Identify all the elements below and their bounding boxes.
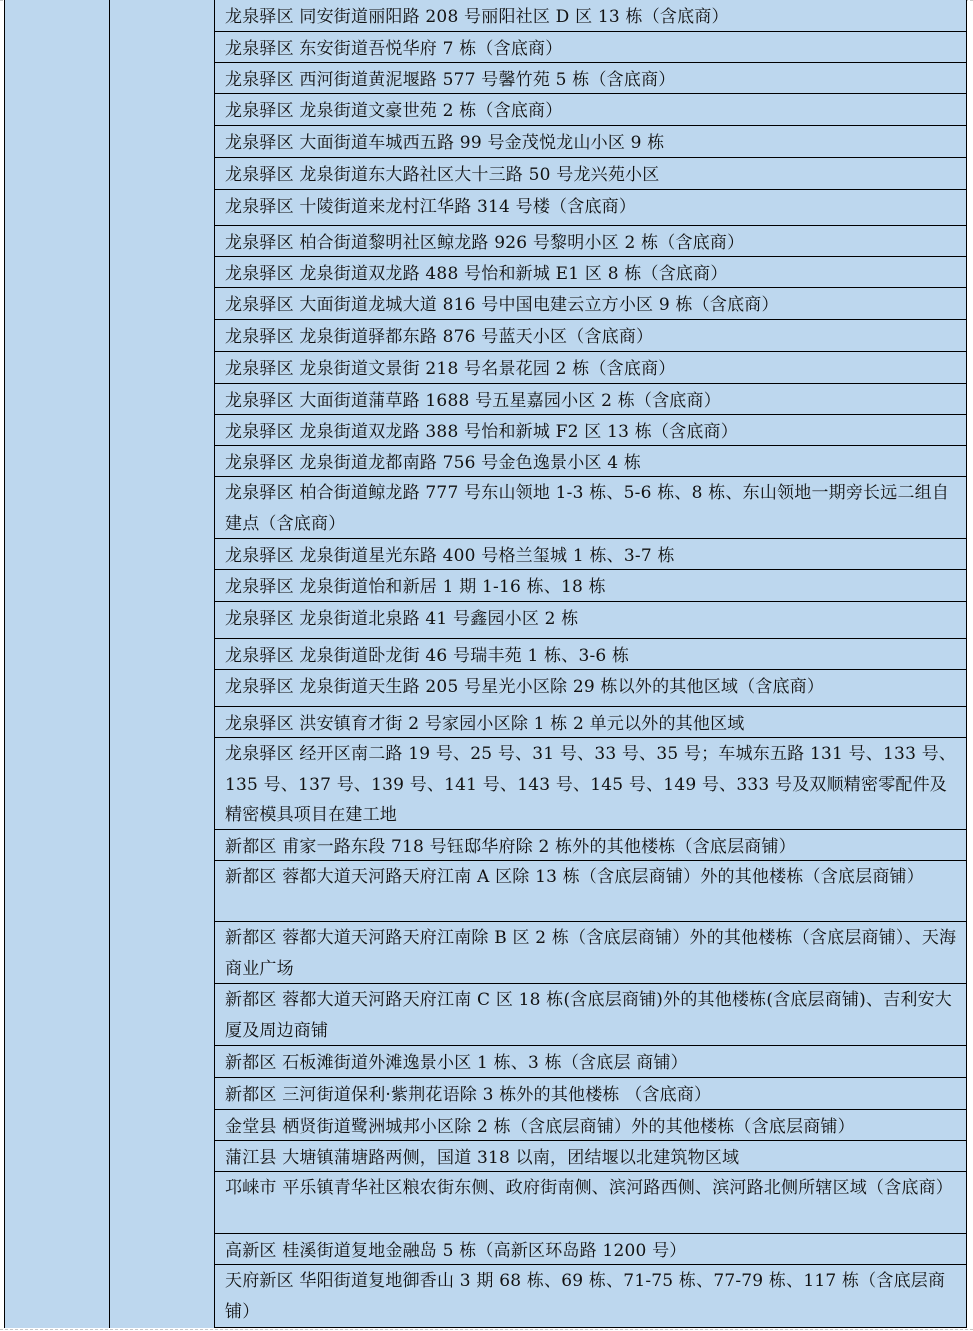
table-row: 龙泉驿区 龙泉街道双龙路 488 号怡和新城 E1 区 8 栋（含底商） xyxy=(215,257,967,288)
merged-cell-column-1 xyxy=(5,0,110,1328)
address-text: 龙泉驿区 龙泉街道龙都南路 756 号金色逸景小区 4 栋 xyxy=(225,453,641,473)
address-text: 龙泉驿区 十陵街道来龙村江华路 314 号楼（含底商） xyxy=(225,197,636,217)
merged-cell-column-2 xyxy=(110,0,215,1328)
address-text: 龙泉驿区 龙泉街道双龙路 488 号怡和新城 E1 区 8 栋（含底商） xyxy=(225,264,728,284)
address-text: 新都区 甫家一路东段 718 号钰邸华府除 2 栋外的其他楼栋（含底层商铺） xyxy=(225,837,796,857)
table-row: 龙泉驿区 柏合街道鲸龙路 777 号东山领地 1-3 栋、5-6 栋、8 栋、东… xyxy=(215,477,967,539)
table-row: 龙泉驿区 东安街道吾悦华府 7 栋（含底商） xyxy=(215,32,967,63)
table-row: 龙泉驿区 大面街道车城西五路 99 号金茂悦龙山小区 9 栋 xyxy=(215,126,967,158)
address-text: 龙泉驿区 大面街道龙城大道 816 号中国电建云立方小区 9 栋（含底商） xyxy=(225,295,779,315)
table-row: 龙泉驿区 龙泉街道文景街 218 号名景花园 2 栋（含底商） xyxy=(215,352,967,384)
address-text: 龙泉驿区 龙泉街道天生路 205 号星光小区除 29 栋以外的其他区域（含底商） xyxy=(225,677,824,697)
table-row: 龙泉驿区 十陵街道来龙村江华路 314 号楼（含底商） xyxy=(215,190,967,226)
address-text: 新都区 蓉都大道天河路天府江南除 B 区 2 栋（含底层商铺）外的其他楼栋（含底… xyxy=(225,928,956,979)
address-text: 新都区 石板滩街道外滩逸景小区 1 栋、3 栋（含底层 商铺） xyxy=(225,1053,688,1073)
address-text: 邛崃市 平乐镇青华社区粮农街东侧、政府街南侧、滨河路西侧、滨河路北侧所辖区域（含… xyxy=(225,1178,953,1198)
address-text: 龙泉驿区 东安街道吾悦华府 7 栋（含底商） xyxy=(225,39,562,59)
address-text: 龙泉驿区 龙泉街道文豪世苑 2 栋（含底商） xyxy=(225,101,562,121)
table-row: 龙泉驿区 龙泉街道天生路 205 号星光小区除 29 栋以外的其他区域（含底商） xyxy=(215,670,967,707)
table-row: 龙泉驿区 龙泉街道星光东路 400 号格兰玺城 1 栋、3-7 栋 xyxy=(215,539,967,570)
address-text: 高新区 桂溪街道复地金融岛 5 栋（高新区环岛路 1200 号） xyxy=(225,1241,687,1261)
address-text: 龙泉驿区 柏合街道黎明社区鲸龙路 926 号黎明小区 2 栋（含底商） xyxy=(225,233,744,253)
table-row: 新都区 石板滩街道外滩逸景小区 1 栋、3 栋（含底层 商铺） xyxy=(215,1046,967,1078)
table-row: 龙泉驿区 龙泉街道文豪世苑 2 栋（含底商） xyxy=(215,94,967,126)
address-text: 龙泉驿区 龙泉街道文景街 218 号名景花园 2 栋（含底商） xyxy=(225,359,675,379)
table-row: 新都区 蓉都大道天河路天府江南 A 区除 13 栋（含底层商铺）外的其他楼栋（含… xyxy=(215,861,967,922)
address-column: 龙泉驿区 同安街道丽阳路 208 号丽阳社区 D 区 13 栋（含底商）龙泉驿区… xyxy=(215,0,967,1328)
address-text: 新都区 蓉都大道天河路天府江南 A 区除 13 栋（含底层商铺）外的其他楼栋（含… xyxy=(225,867,924,887)
address-text: 龙泉驿区 经开区南二路 19 号、25 号、31 号、33 号、35 号；车城东… xyxy=(225,744,956,825)
table-row: 龙泉驿区 龙泉街道怡和新居 1 期 1-16 栋、18 栋 xyxy=(215,570,967,602)
address-text: 龙泉驿区 大面街道蒲草路 1688 号五星嘉园小区 2 栋（含底商） xyxy=(225,391,721,411)
address-text: 龙泉驿区 龙泉街道北泉路 41 号鑫园小区 2 栋 xyxy=(225,609,578,629)
table-row: 龙泉驿区 同安街道丽阳路 208 号丽阳社区 D 区 13 栋（含底商） xyxy=(215,0,967,32)
table-row: 龙泉驿区 龙泉街道北泉路 41 号鑫园小区 2 栋 xyxy=(215,602,967,639)
table-row: 龙泉驿区 大面街道龙城大道 816 号中国电建云立方小区 9 栋（含底商） xyxy=(215,288,967,320)
table-row: 龙泉驿区 大面街道蒲草路 1688 号五星嘉园小区 2 栋（含底商） xyxy=(215,384,967,415)
address-text: 金堂县 栖贤街道鹭洲城邦小区除 2 栋（含底层商铺）外的其他楼栋（含底层商铺） xyxy=(225,1117,855,1137)
table-row: 新都区 甫家一路东段 718 号钰邸华府除 2 栋外的其他楼栋（含底层商铺） xyxy=(215,830,967,861)
address-text: 龙泉驿区 龙泉街道怡和新居 1 期 1-16 栋、18 栋 xyxy=(225,577,606,597)
table-row: 龙泉驿区 龙泉街道双龙路 388 号怡和新城 F2 区 13 栋（含底商） xyxy=(215,415,967,446)
address-text: 龙泉驿区 龙泉街道卧龙街 46 号瑞丰苑 1 栋、3-6 栋 xyxy=(225,646,629,666)
address-text: 新都区 蓉都大道天河路天府江南 C 区 18 栋(含底层商铺)外的其他楼栋(含底… xyxy=(225,990,952,1041)
table-row: 龙泉驿区 龙泉街道卧龙街 46 号瑞丰苑 1 栋、3-6 栋 xyxy=(215,639,967,670)
table-row: 龙泉驿区 龙泉街道驿都东路 876 号蓝天小区（含底商） xyxy=(215,320,967,352)
address-text: 龙泉驿区 大面街道车城西五路 99 号金茂悦龙山小区 9 栋 xyxy=(225,133,664,153)
address-text: 龙泉驿区 龙泉街道双龙路 388 号怡和新城 F2 区 13 栋（含底商） xyxy=(225,422,738,442)
table-row: 金堂县 栖贤街道鹭洲城邦小区除 2 栋（含底层商铺）外的其他楼栋（含底层商铺） xyxy=(215,1110,967,1141)
address-text: 龙泉驿区 西河街道黄泥堰路 577 号馨竹苑 5 栋（含底商） xyxy=(225,70,675,90)
table-row: 天府新区 华阳街道复地御香山 3 期 68 栋、69 栋、71-75 栋、77-… xyxy=(215,1265,967,1328)
table-row: 龙泉驿区 龙泉街道东大路社区大十三路 50 号龙兴苑小区 xyxy=(215,158,967,190)
address-text: 天府新区 华阳街道复地御香山 3 期 68 栋、69 栋、71-75 栋、77-… xyxy=(225,1271,945,1322)
address-text: 龙泉驿区 龙泉街道星光东路 400 号格兰玺城 1 栋、3-7 栋 xyxy=(225,546,675,566)
table-row: 邛崃市 平乐镇青华社区粮农街东侧、政府街南侧、滨河路西侧、滨河路北侧所辖区域（含… xyxy=(215,1172,967,1234)
table-row: 龙泉驿区 柏合街道黎明社区鲸龙路 926 号黎明小区 2 栋（含底商） xyxy=(215,226,967,257)
address-text: 龙泉驿区 龙泉街道东大路社区大十三路 50 号龙兴苑小区 xyxy=(225,165,659,185)
address-text: 龙泉驿区 龙泉街道驿都东路 876 号蓝天小区（含底商） xyxy=(225,327,653,347)
table-row: 龙泉驿区 西河街道黄泥堰路 577 号馨竹苑 5 栋（含底商） xyxy=(215,63,967,94)
address-text: 新都区 三河街道保利·紫荆花语除 3 栋外的其他楼栋 （含底商） xyxy=(225,1085,711,1105)
address-text: 龙泉驿区 同安街道丽阳路 208 号丽阳社区 D 区 13 栋（含底商） xyxy=(225,7,729,27)
table-row: 新都区 蓉都大道天河路天府江南除 B 区 2 栋（含底层商铺）外的其他楼栋（含底… xyxy=(215,922,967,984)
address-text: 蒲江县 大塘镇蒲塘路两侧，国道 318 以南，团结堰以北建筑物区域 xyxy=(225,1148,739,1168)
address-table: 龙泉驿区 同安街道丽阳路 208 号丽阳社区 D 区 13 栋（含底商）龙泉驿区… xyxy=(4,0,967,1328)
table-row: 蒲江县 大塘镇蒲塘路两侧，国道 318 以南，团结堰以北建筑物区域 xyxy=(215,1141,967,1172)
address-text: 龙泉驿区 洪安镇育才街 2 号家园小区除 1 栋 2 单元以外的其他区域 xyxy=(225,714,744,734)
table-row: 龙泉驿区 龙泉街道龙都南路 756 号金色逸景小区 4 栋 xyxy=(215,446,967,477)
table-row: 高新区 桂溪街道复地金融岛 5 栋（高新区环岛路 1200 号） xyxy=(215,1234,967,1265)
table-row: 龙泉驿区 洪安镇育才街 2 号家园小区除 1 栋 2 单元以外的其他区域 xyxy=(215,707,967,738)
table-row: 新都区 蓉都大道天河路天府江南 C 区 18 栋(含底层商铺)外的其他楼栋(含底… xyxy=(215,984,967,1046)
address-text: 龙泉驿区 柏合街道鲸龙路 777 号东山领地 1-3 栋、5-6 栋、8 栋、东… xyxy=(225,483,949,534)
table-row: 新都区 三河街道保利·紫荆花语除 3 栋外的其他楼栋 （含底商） xyxy=(215,1078,967,1110)
table-row: 龙泉驿区 经开区南二路 19 号、25 号、31 号、33 号、35 号；车城东… xyxy=(215,738,967,830)
